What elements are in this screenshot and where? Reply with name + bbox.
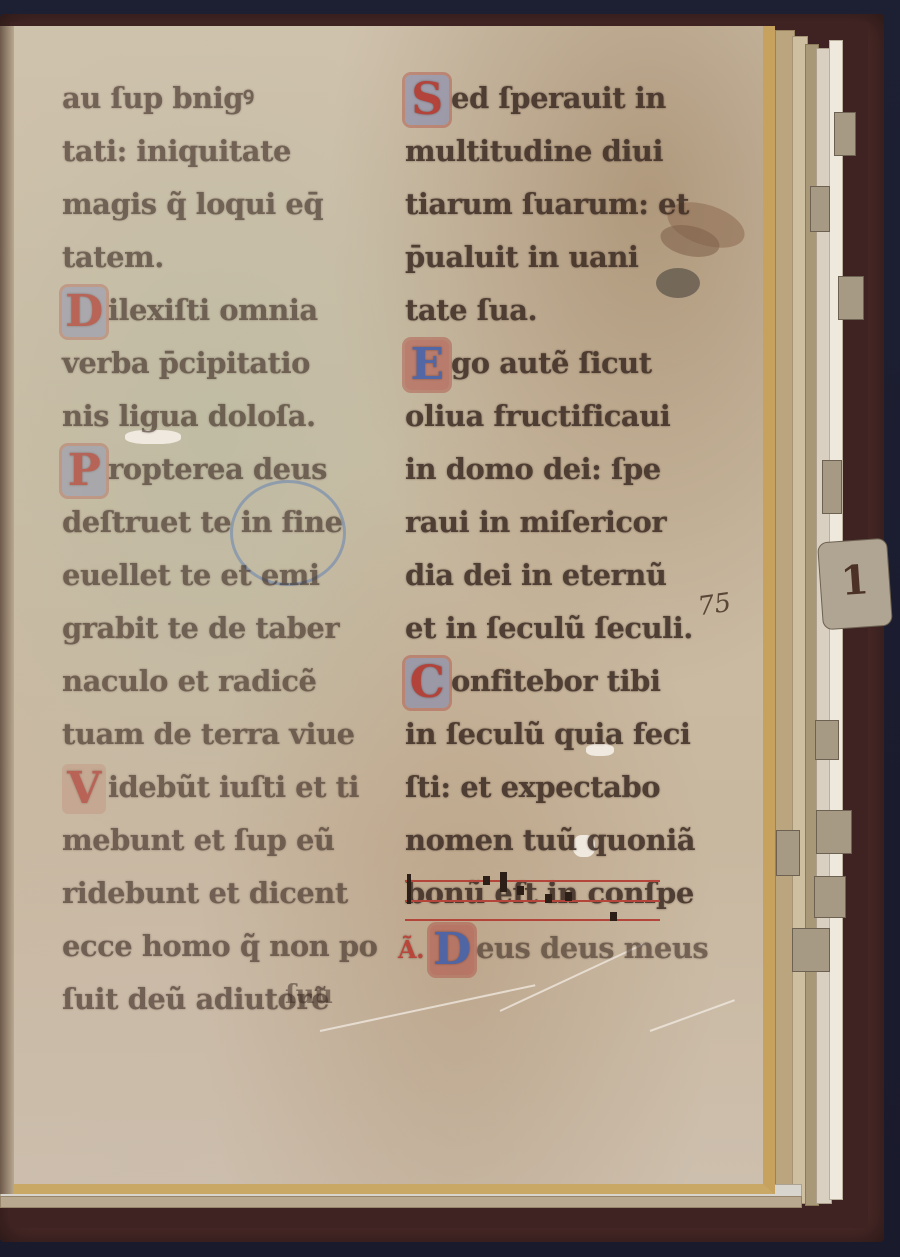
staff-line	[405, 900, 660, 902]
line-text: ridebunt et dicent	[62, 876, 348, 910]
page-gutter	[0, 26, 14, 1194]
line-text: eus deus meus	[476, 931, 708, 965]
text-line: Confitebor tibi	[405, 655, 675, 708]
line-text: p̄ualuit in uani	[405, 240, 638, 274]
line-text: et in ſeculũ ſeculi.	[405, 611, 693, 645]
line-text: euellet te et emi	[62, 558, 320, 592]
antiphon-line: Ã.Deus deus meus	[398, 922, 668, 975]
line-text: mebunt et ſup eũ	[62, 823, 334, 857]
antiphon-rubric: Ã.	[398, 935, 424, 964]
line-text: multitudine diui	[405, 134, 663, 168]
folio-number: 75	[696, 588, 733, 622]
line-text: oliua fructificaui	[405, 399, 670, 433]
line-text: go autẽ ſicut	[451, 346, 652, 380]
index-tab-labeled[interactable]: 1	[817, 538, 893, 631]
illuminated-initial: D	[430, 925, 474, 975]
text-line: oliua fructificaui	[405, 390, 675, 443]
text-line: naculo et radicẽ	[62, 655, 352, 708]
staff-line	[405, 880, 660, 882]
line-text: nomen tuũ quoniã	[405, 823, 695, 857]
text-line: magis q̃ loqui eq̄	[62, 178, 352, 231]
text-line: raui in miſericor	[405, 496, 675, 549]
neume	[500, 872, 507, 892]
line-text: au ſup bnigꝰ	[62, 81, 254, 115]
text-line: mebunt et ſup eũ	[62, 814, 352, 867]
text-line: Propterea deus	[62, 443, 352, 496]
index-tab[interactable]	[815, 720, 839, 760]
text-line: tuam de terra viue	[62, 708, 352, 761]
line-text: dia dei in eternũ	[405, 558, 666, 592]
illuminated-initial: V	[62, 764, 106, 814]
text-line: Sed ſperauit in	[405, 72, 675, 125]
text-line: dia dei in eternũ	[405, 549, 675, 602]
line-text: ilexiſti omnia	[108, 293, 318, 327]
text-line: grabit te de taber	[62, 602, 352, 655]
text-line: ſti: et expectabo	[405, 761, 675, 814]
text-line: in domo dei: ſpe	[405, 443, 675, 496]
catchword: ſuu	[285, 980, 333, 1010]
neume	[483, 876, 490, 885]
text-line: Ã.Deus deus meus	[398, 922, 668, 975]
line-text: tati: iniquitate	[62, 134, 291, 168]
line-text: in domo dei: ſpe	[405, 452, 661, 486]
index-tab[interactable]	[838, 276, 864, 320]
line-text: tuam de terra viue	[62, 717, 355, 751]
text-line: au ſup bnigꝰ	[62, 72, 352, 125]
neume	[517, 886, 524, 895]
line-text: ecce homo q̃ non po	[62, 929, 377, 963]
text-line: deſtruet te in fine	[62, 496, 352, 549]
tab-mark: 1	[839, 556, 870, 605]
text-line: multitudine diui	[405, 125, 675, 178]
line-text: onfitebor tibi	[451, 664, 660, 698]
illuminated-initial: E	[405, 340, 449, 390]
illuminated-initial: S	[405, 75, 449, 125]
line-text: idebũt iuſti et ti	[108, 770, 359, 804]
index-tab[interactable]	[814, 876, 846, 918]
text-line: euellet te et emi	[62, 549, 352, 602]
illuminated-initial: D	[62, 287, 106, 337]
neume	[545, 894, 552, 903]
index-tab[interactable]	[776, 830, 800, 876]
line-text: verba p̄cipitatio	[62, 346, 310, 380]
text-line: Ego autẽ ſicut	[405, 337, 675, 390]
text-line: ecce homo q̃ non po	[62, 920, 352, 973]
index-tab[interactable]	[822, 460, 842, 514]
right-text-column: Sed ſperauit in multitudine diui tiarum …	[405, 72, 675, 920]
line-text: tatem.	[62, 240, 164, 274]
text-line: tiarum ſuarum: et	[405, 178, 675, 231]
text-line: Dilexiſti omnia	[62, 284, 352, 337]
index-tab[interactable]	[816, 810, 852, 854]
index-tab[interactable]	[810, 186, 830, 232]
text-line: nomen tuũ quoniã	[405, 814, 675, 867]
illuminated-initial: C	[405, 658, 449, 708]
text-line: Videbũt iuſti et ti	[62, 761, 352, 814]
line-text: ſti: et expectabo	[405, 770, 660, 804]
line-text: tiarum ſuarum: et	[405, 187, 689, 221]
line-text: nis ligua doloſa.	[62, 399, 316, 433]
line-text: in ſeculũ quia feci	[405, 717, 690, 751]
text-line: tate ſua.	[405, 284, 675, 337]
text-line: et in ſeculũ ſeculi.	[405, 602, 675, 655]
illuminated-initial: P	[62, 446, 106, 496]
line-text: deſtruet te in fine	[62, 505, 343, 539]
leaf-edge-bottom	[0, 1196, 802, 1208]
text-line: tatem.	[62, 231, 352, 284]
text-line: p̄ualuit in uani	[405, 231, 675, 284]
text-line: in ſeculũ quia feci	[405, 708, 675, 761]
line-text: ed ſperauit in	[451, 81, 666, 115]
text-line: ridebunt et dicent	[62, 867, 352, 920]
line-text: raui in miſericor	[405, 505, 666, 539]
line-text: tate ſua.	[405, 293, 537, 327]
text-line: nis ligua doloſa.	[62, 390, 352, 443]
line-text: naculo et radicẽ	[62, 664, 317, 698]
line-text: ropterea deus	[108, 452, 327, 486]
text-line: tati: iniquitate	[62, 125, 352, 178]
index-tab[interactable]	[834, 112, 856, 156]
neume	[565, 892, 572, 901]
index-tab[interactable]	[792, 928, 830, 972]
line-text: magis q̃ loqui eq̄	[62, 187, 323, 221]
left-text-column: au ſup bnigꝰ tati: iniquitate magis q̃ l…	[62, 72, 352, 1026]
clef-mark	[407, 874, 411, 904]
text-line: verba p̄cipitatio	[62, 337, 352, 390]
staff-line	[405, 919, 660, 921]
line-text: grabit te de taber	[62, 611, 339, 645]
neume	[610, 912, 617, 921]
